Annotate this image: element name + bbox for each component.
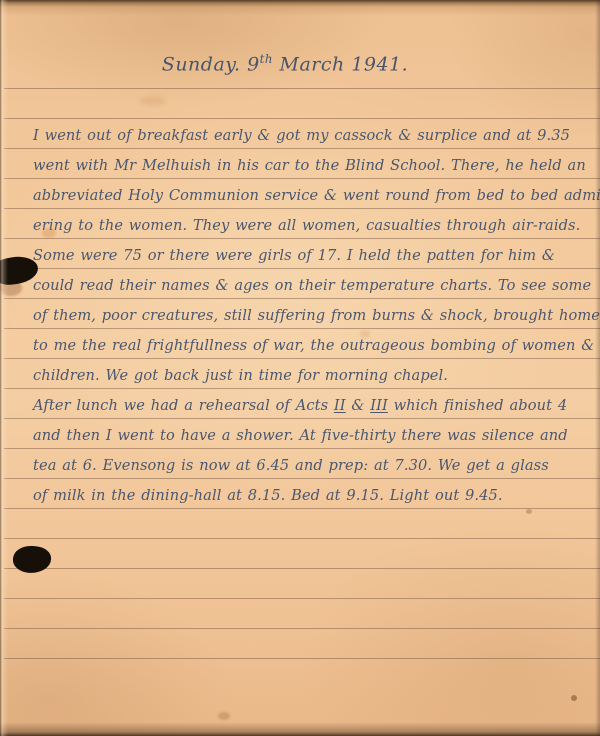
diary-line: could read their names & ages on their t… — [33, 270, 585, 300]
page-bottom-edge — [0, 722, 600, 736]
act-numeral-3: III — [370, 397, 388, 414]
paper-stain — [360, 330, 370, 338]
acts-line-mid: & — [346, 397, 371, 414]
handwriting-block: I went out of breakfast early & got my c… — [33, 120, 585, 510]
page-right-edge — [595, 0, 600, 736]
diary-line: of milk in the dining-hall at 8.15. Bed … — [33, 480, 585, 510]
diary-line: abbreviated Holy Communion service & wen… — [33, 180, 585, 210]
diary-line: tea at 6. Evensong is now at 6.45 and pr… — [33, 450, 585, 480]
paper-stain — [218, 712, 230, 720]
page-left-edge — [0, 0, 8, 736]
entry-date-ordinal: th — [260, 52, 273, 66]
diary-line: of them, poor creatures, still suffering… — [33, 300, 585, 330]
paper-stain — [571, 695, 577, 701]
diary-line: went with Mr Melhuish in his car to the … — [33, 150, 585, 180]
acts-line-before: After lunch we had a rehearsal of Acts — [33, 397, 334, 414]
diary-line: Some were 75 or there were girls of 17. … — [33, 240, 585, 270]
diary-page-photo: Sunday. 9th March 1941. I went out of br… — [0, 0, 600, 736]
diary-line: I went out of breakfast early & got my c… — [33, 120, 585, 150]
entry-date-heading: Sunday. 9th March 1941. — [120, 52, 450, 75]
paper-stain — [140, 96, 166, 106]
diary-line: ering to the women. They were all women,… — [33, 210, 585, 240]
diary-line-acts: After lunch we had a rehearsal of Acts I… — [33, 390, 585, 420]
diary-line: children. We got back just in time for m… — [33, 360, 585, 390]
entry-date-suffix: March 1941. — [273, 53, 408, 75]
act-numeral-2: II — [334, 397, 346, 414]
entry-date-prefix: Sunday. 9 — [162, 53, 260, 75]
paper-stain — [42, 228, 56, 238]
diary-line: to me the real frightfullness of war, th… — [33, 330, 585, 360]
page-top-edge — [0, 0, 600, 16]
paper-stain — [526, 509, 532, 514]
diary-line: and then I went to have a shower. At fiv… — [33, 420, 585, 450]
acts-line-after: which finished about 4 — [388, 397, 567, 414]
